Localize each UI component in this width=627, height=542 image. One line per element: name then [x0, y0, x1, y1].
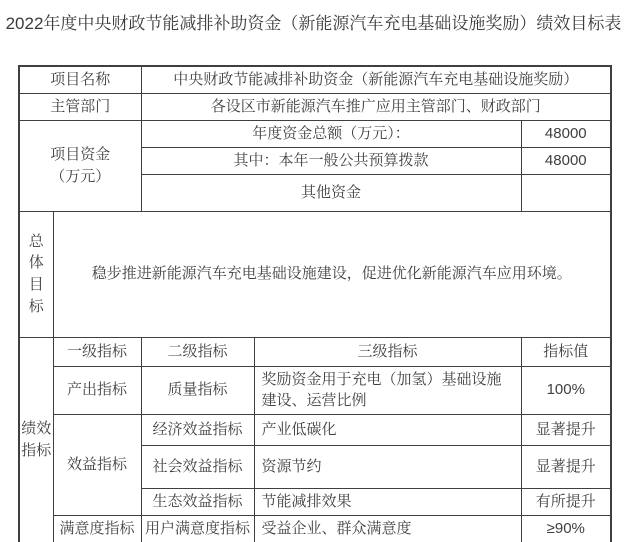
output-indicator-level3: 奖励资金用于充电（加氢）基础设施建设、运营比例	[254, 366, 521, 415]
eco-benefit-value: 有所提升	[521, 489, 611, 516]
funding-other-value	[521, 174, 611, 211]
funding-total-item: 年度资金总额（万元）：	[141, 120, 521, 147]
eco-benefit-level2: 生态效益指标	[141, 489, 254, 516]
row-indicator-header: 绩效 指标 一级指标 二级指标 三级指标 指标值	[19, 337, 611, 366]
overall-goal-value: 稳步推进新能源汽车充电基础设施建设，促进优化新能源汽车应用环境。	[53, 211, 611, 337]
row-economic-benefit: 效益指标 经济效益指标 产业低碳化 显著提升	[19, 415, 611, 446]
page: 2022年度中央财政节能减排补助资金（新能源汽车充电基础设施奖励）绩效目标表 项…	[0, 0, 627, 542]
header-level3: 三级指标	[254, 337, 521, 366]
row-output-indicator: 产出指标 质量指标 奖励资金用于充电（加氢）基础设施建设、运营比例 100%	[19, 366, 611, 415]
project-name-value: 中央财政节能减排补助资金（新能源汽车充电基础设施奖励）	[141, 66, 611, 93]
row-overall-goal: 总 体 目 标 稳步推进新能源汽车充电基础设施建设，促进优化新能源汽车应用环境。	[19, 211, 611, 337]
row-satisfaction: 满意度指标 用户满意度指标 受益企业、群众满意度 ≥90%	[19, 515, 611, 542]
funding-total-value: 48000	[521, 120, 611, 147]
output-indicator-level1: 产出指标	[53, 366, 141, 415]
funding-budget-value: 48000	[521, 147, 611, 174]
page-title: 2022年度中央财政节能减排补助资金（新能源汽车充电基础设施奖励）绩效目标表	[0, 0, 627, 34]
social-benefit-value: 显著提升	[521, 446, 611, 489]
funding-budget-item: 其中：本年一般公共预算拨款	[141, 147, 521, 174]
economic-benefit-value: 显著提升	[521, 415, 611, 446]
social-benefit-level3: 资源节约	[254, 446, 521, 489]
header-value: 指标值	[521, 337, 611, 366]
satisfaction-level1: 满意度指标	[53, 515, 141, 542]
row-project-name: 项目名称 中央财政节能减排补助资金（新能源汽车充电基础设施奖励）	[19, 66, 611, 93]
economic-benefit-level2: 经济效益指标	[141, 415, 254, 446]
funding-other-item: 其他资金	[141, 174, 521, 211]
satisfaction-level3: 受益企业、群众满意度	[254, 515, 521, 542]
output-indicator-value: 100%	[521, 366, 611, 415]
indicators-label: 绩效 指标	[19, 337, 53, 542]
row-funding-total: 项目资金 （万元） 年度资金总额（万元）： 48000	[19, 120, 611, 147]
overall-goal-label: 总 体 目 标	[19, 211, 53, 337]
eco-benefit-level3: 节能减排效果	[254, 489, 521, 516]
satisfaction-value: ≥90%	[521, 515, 611, 542]
project-name-label: 项目名称	[19, 66, 141, 93]
supervisor-value: 各设区市新能源汽车推广应用主管部门、财政部门	[141, 93, 611, 120]
benefit-indicator-level1: 效益指标	[53, 415, 141, 516]
satisfaction-level2: 用户满意度指标	[141, 515, 254, 542]
row-supervisor: 主管部门 各设区市新能源汽车推广应用主管部门、财政部门	[19, 93, 611, 120]
economic-benefit-level3: 产业低碳化	[254, 415, 521, 446]
supervisor-label: 主管部门	[19, 93, 141, 120]
header-level1: 一级指标	[53, 337, 141, 366]
performance-target-table: 项目名称 中央财政节能减排补助资金（新能源汽车充电基础设施奖励） 主管部门 各设…	[18, 65, 612, 542]
header-level2: 二级指标	[141, 337, 254, 366]
social-benefit-level2: 社会效益指标	[141, 446, 254, 489]
output-indicator-level2: 质量指标	[141, 366, 254, 415]
funding-label: 项目资金 （万元）	[19, 120, 141, 211]
